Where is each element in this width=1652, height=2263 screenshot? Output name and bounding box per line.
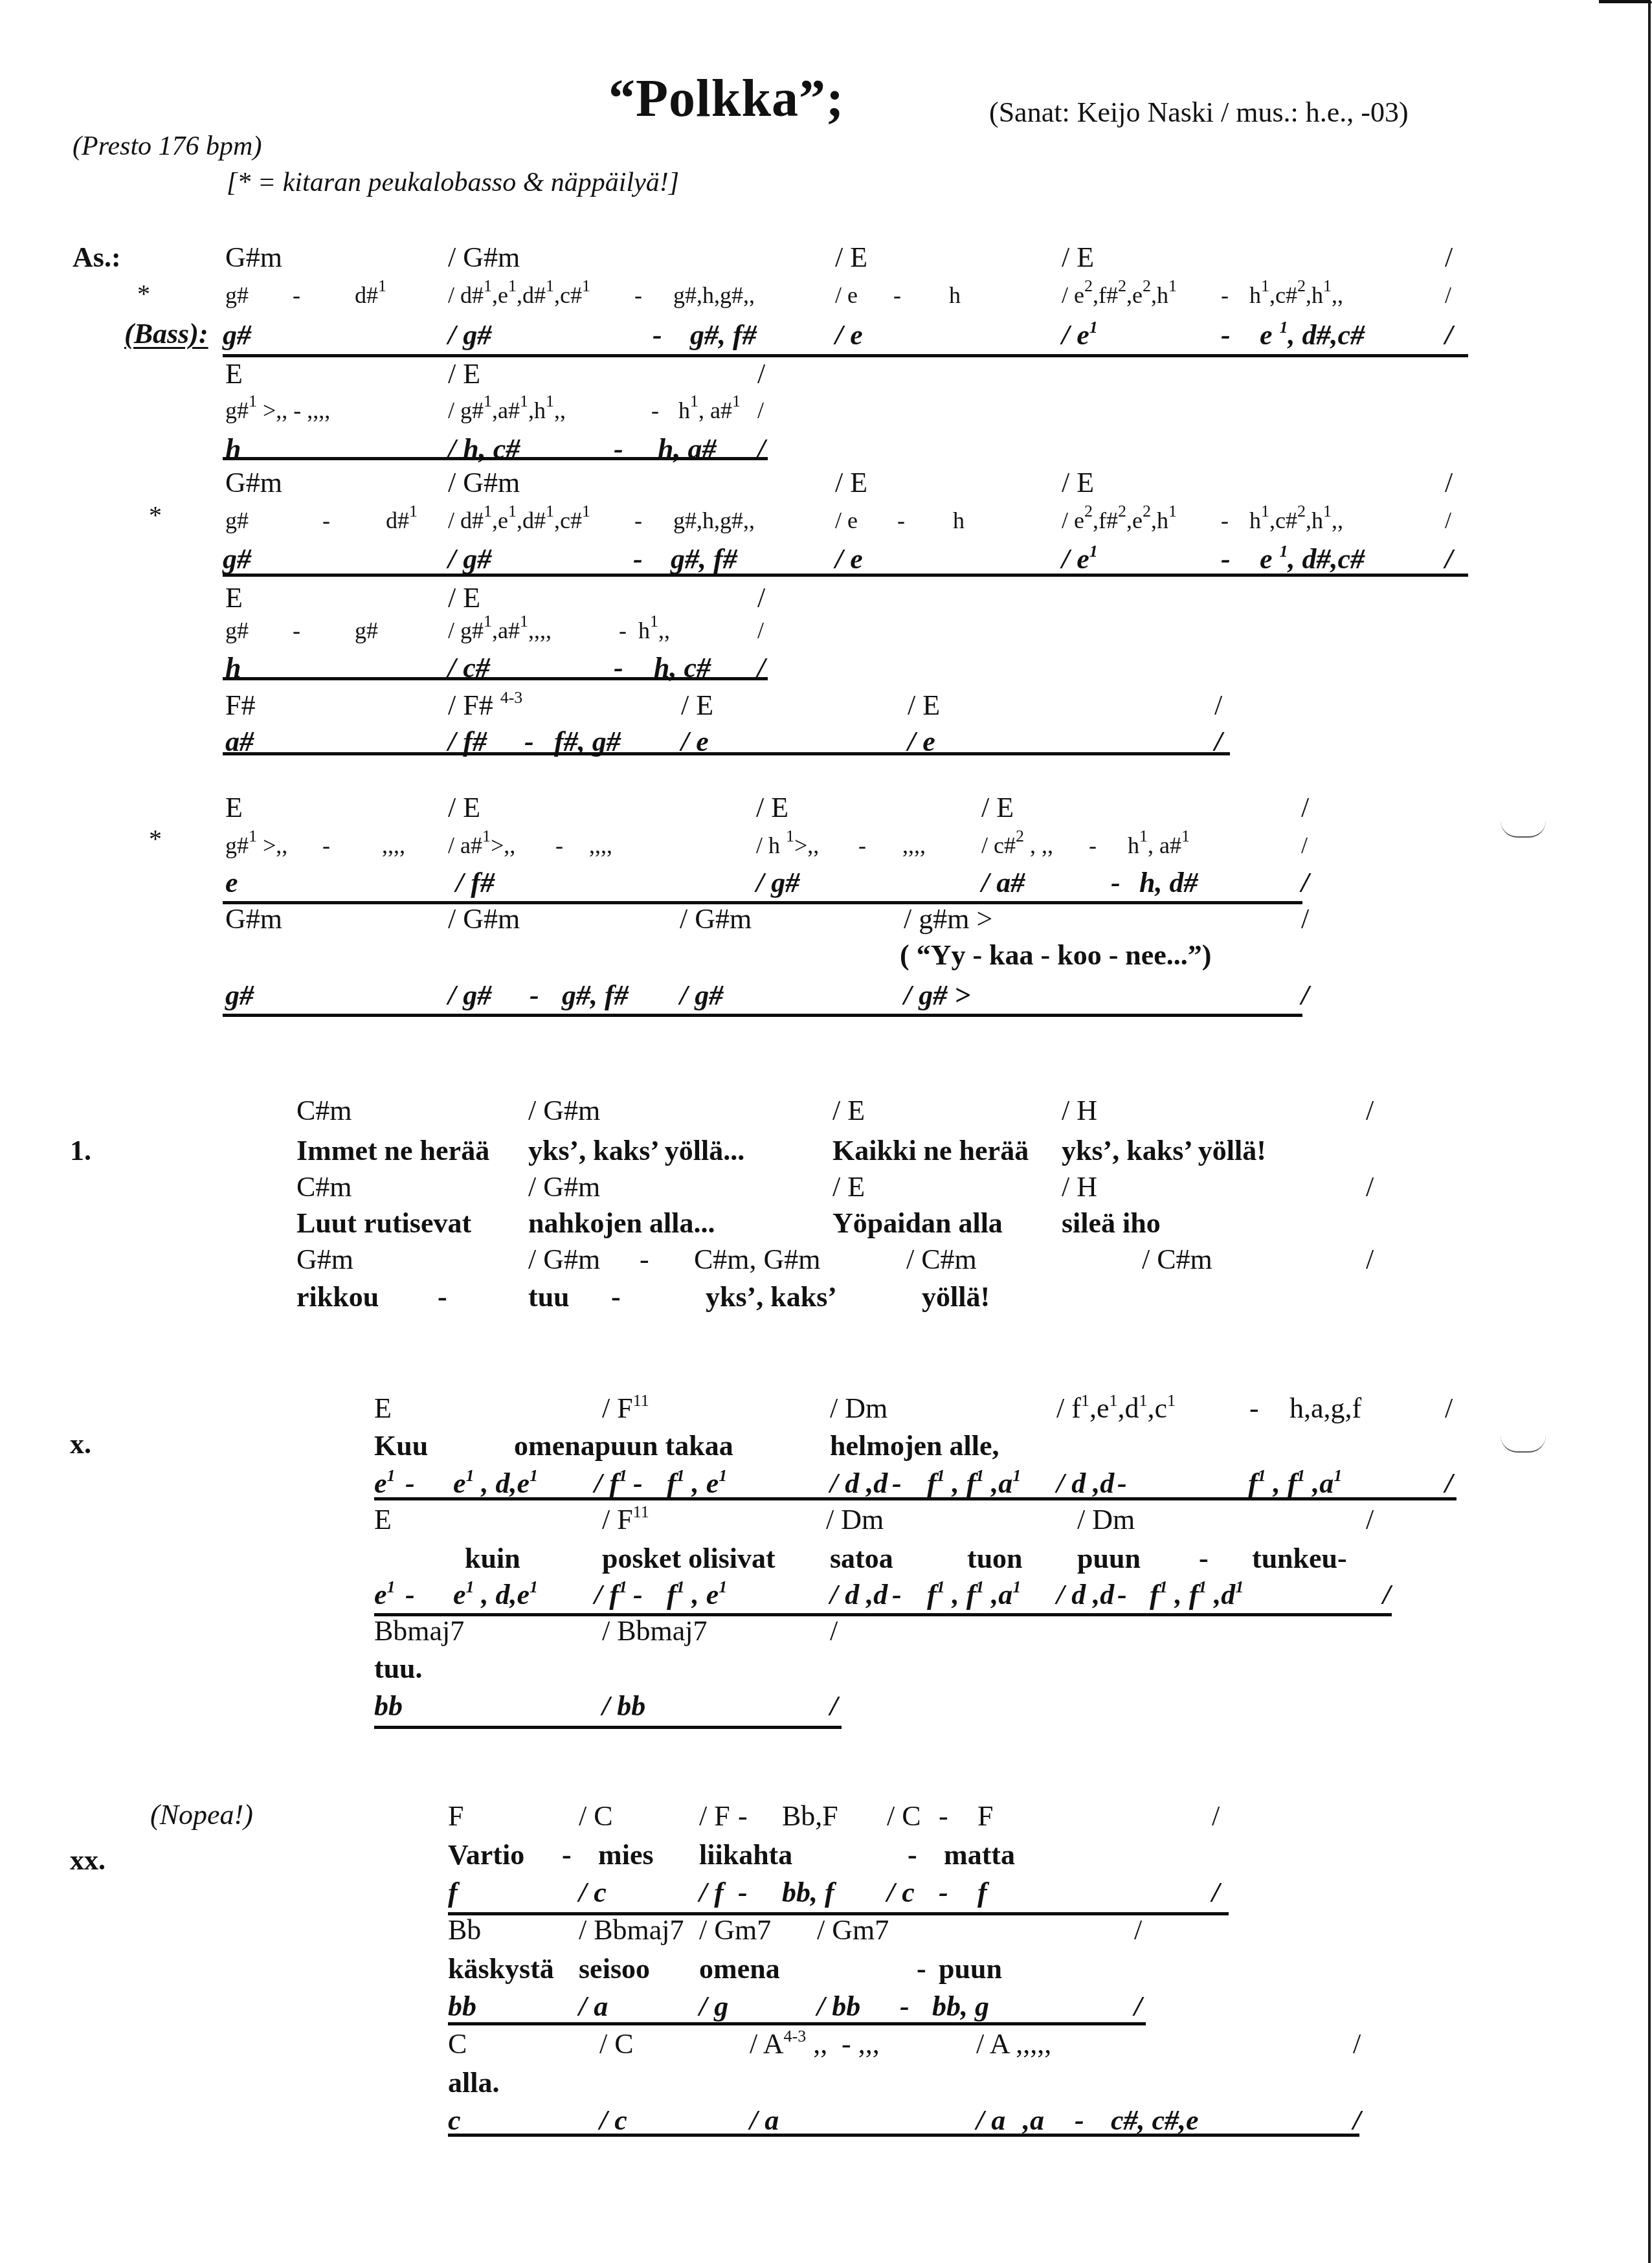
- melody-cell: -: [651, 394, 659, 427]
- bass-cell: / c: [579, 1876, 607, 1910]
- bass-cell: e1 , d,e1: [453, 1578, 538, 1612]
- bass-cell: -: [900, 1990, 910, 2023]
- lyric-cell: Kaikki ne herää: [832, 1134, 1029, 1168]
- chord-cell: /: [1366, 1503, 1374, 1537]
- lyric-cell: posket olisivat: [602, 1542, 776, 1576]
- bass-cell: / d ,d: [1056, 1467, 1114, 1500]
- chord-cell: /: [1445, 1392, 1453, 1425]
- bass-cell: h, d#: [1139, 866, 1198, 900]
- intro2-chord-row: G#m/ G#m/ G#m/ g#m >/: [0, 902, 1652, 941]
- bass-cell: / e: [835, 542, 863, 576]
- lyric-cell: -: [562, 1838, 572, 1872]
- chord-cell: /: [757, 581, 765, 615]
- bass-cell: -: [1221, 318, 1231, 352]
- bass-underline: [374, 1497, 1457, 1500]
- lyric-cell: kuin: [465, 1542, 520, 1576]
- chord-cell: F#: [225, 689, 255, 722]
- melody-cell: / e: [835, 278, 858, 312]
- chord-cell: E: [225, 581, 243, 615]
- intro-chord-row: E/ E/: [0, 357, 1652, 396]
- melody-cell: / d#1,e1,d#1,c#1: [448, 278, 590, 312]
- bridge-bass-row: c/ c/ a/ a,a-c#, c#,e/: [0, 2104, 1652, 2143]
- chord-cell: /: [1214, 689, 1222, 722]
- lyric-cell: yöllä!: [922, 1280, 990, 1314]
- chord-cell: / E: [1062, 466, 1094, 500]
- intro-chord-row: G#m/ G#m/ E/ E/: [0, 466, 1652, 505]
- bass-cell: -: [1221, 542, 1231, 576]
- bass-cell: g#: [223, 318, 251, 352]
- bass-cell: / g#: [680, 979, 723, 1012]
- melody-cell: /: [1445, 278, 1451, 312]
- bass-cell: e1: [374, 1578, 396, 1612]
- chord-cell: / F# 4-3: [448, 689, 522, 722]
- bass-underline: [223, 1014, 1302, 1017]
- bass-cell: /: [1301, 866, 1309, 900]
- melody-cell: -: [1221, 278, 1229, 312]
- intro2-chord-row: E/ E/ E/ E/: [0, 791, 1652, 830]
- chord-cell: / G#m: [448, 466, 520, 500]
- intro2-melody-row: g#1 >,,-,,,,/ a#1>,,-,,,,/ h 1>,,-,,,,/ …: [0, 829, 1652, 867]
- chord-cell: / C: [599, 2027, 634, 2061]
- chord-cell: / E: [832, 1094, 865, 1128]
- chord-cell: /: [1134, 1913, 1142, 1947]
- lyric-cell: tuu: [528, 1280, 570, 1314]
- bass-underline: [374, 1613, 1392, 1616]
- bass-cell: bb: [448, 1990, 476, 2023]
- chord-cell: / E: [832, 1170, 865, 1204]
- lyric-cell: satoa: [830, 1542, 893, 1576]
- chorus-chord-row: E/ F11/ Dm/ f1,e1,d1,c1-h,a,g,f/: [0, 1392, 1652, 1431]
- verse1-chord-row: G#m/ G#m-C#m, G#m/ C#m/ C#m/: [0, 1243, 1652, 1282]
- lyric-cell: Immet ne herää: [296, 1134, 489, 1168]
- bass-cell: / c: [887, 1876, 915, 1910]
- chord-cell: / Bbmaj7: [579, 1913, 684, 1947]
- bass-cell: e 1, d#,c#: [1260, 318, 1365, 352]
- bass-cell: bb: [374, 1689, 403, 1723]
- intro-bass-row: h/ h, c#-h, a#/: [0, 432, 1652, 471]
- chord-cell: G#m: [296, 1243, 353, 1276]
- bass-cell: / d ,d: [1056, 1578, 1114, 1612]
- bass-cell: /: [1445, 318, 1453, 352]
- chord-cell: / Dm: [1077, 1503, 1135, 1537]
- melody-cell: -: [555, 829, 563, 862]
- intro-chord-row: G#m/ G#m/ E/ E/: [0, 241, 1652, 280]
- lyric-cell: käskystä: [448, 1952, 554, 1986]
- bass-underline: [223, 354, 1468, 357]
- chord-cell: E: [225, 791, 243, 825]
- melody-cell: h: [953, 504, 965, 537]
- bass-cell: f1 , f1 ,a1: [927, 1467, 1021, 1500]
- bass-cell: / g#: [448, 542, 491, 576]
- chord-cell: / E: [681, 689, 713, 722]
- chord-cell: /: [1366, 1094, 1374, 1128]
- melody-cell: / a#1>,,: [448, 829, 515, 862]
- chord-cell: E: [374, 1392, 392, 1425]
- chorus-bass-row: bb/ bb/: [0, 1689, 1652, 1728]
- chord-cell: / G#m: [528, 1243, 600, 1276]
- melody-cell: /: [1445, 504, 1451, 537]
- bridge-bass-row: f/ c/ f-bb, f/ c-f/: [0, 1876, 1652, 1915]
- bass-cell: ,a: [1023, 2104, 1044, 2137]
- bass-underline: [374, 1726, 842, 1729]
- intro-bass-row: g#/ g#-g#, f#/ e/ e1-e 1, d#,c#/: [0, 318, 1652, 357]
- bass-underline: [223, 901, 1302, 904]
- lyric-cell: -: [917, 1952, 926, 1986]
- bass-underline: [223, 677, 768, 680]
- bass-cell: / bb: [817, 1990, 860, 2023]
- chord-cell: /: [1366, 1243, 1374, 1276]
- melody-cell: -: [634, 504, 642, 537]
- bass-cell: / f: [699, 1876, 724, 1910]
- bass-cell: f: [977, 1876, 987, 1910]
- chord-cell: /: [1366, 1170, 1374, 1204]
- melody-cell: -: [322, 829, 330, 862]
- melody-cell: d#1: [386, 504, 418, 537]
- bass-underline: [448, 1912, 1229, 1915]
- bass-cell: / g: [699, 1990, 728, 2023]
- bass-cell: / e: [835, 318, 863, 352]
- melody-cell: -: [293, 614, 300, 647]
- song-credits: (Sanat: Keijo Naski / mus.: h.e., -03): [989, 96, 1409, 129]
- song-title: “Polkka”;: [608, 68, 844, 129]
- lyric-cell: alla.: [448, 2066, 499, 2100]
- chord-cell: E: [374, 1503, 392, 1537]
- chord-cell: /: [757, 357, 765, 391]
- lyric-cell: helmojen alle,: [830, 1429, 999, 1463]
- melody-cell: h: [949, 278, 961, 312]
- bass-cell: / f1: [594, 1467, 627, 1500]
- melody-cell: ,,,,: [382, 829, 405, 862]
- bass-cell: f1 , f1 ,a1: [1248, 1467, 1342, 1500]
- bass-cell: -: [1117, 1578, 1127, 1612]
- lyric-cell: tuon: [967, 1542, 1023, 1576]
- bass-cell: g#: [223, 542, 251, 576]
- bass-underline: [448, 2134, 1359, 2137]
- melody-cell: g#: [225, 614, 249, 647]
- chord-cell: h,a,g,f: [1289, 1392, 1361, 1425]
- bass-cell: f: [448, 1876, 458, 1910]
- bass-cell: / g# >: [904, 979, 970, 1012]
- tempo-marking: (Presto 176 bpm): [73, 131, 262, 162]
- lyric-cell: yks’, kaks’: [706, 1280, 837, 1314]
- verse1-chord-row: C#m/ G#m/ E/ H/: [0, 1094, 1652, 1133]
- chord-cell: - ,,,: [842, 2027, 880, 2061]
- chord-cell: C: [448, 2027, 467, 2061]
- chord-cell: / F11: [602, 1392, 649, 1425]
- melody-cell: g#,h,g#,,: [673, 278, 755, 312]
- chord-cell: /: [830, 1614, 838, 1648]
- chord-cell: / E: [835, 241, 867, 274]
- chord-cell: G#m: [225, 241, 282, 274]
- lyric-cell: Luut rutisevat: [296, 1207, 471, 1240]
- chord-cell: / E: [448, 791, 480, 825]
- bass-cell: e1: [374, 1467, 396, 1500]
- bass-cell: e1 , d,e1: [453, 1467, 538, 1500]
- melody-cell: h1,,: [638, 614, 670, 647]
- chord-cell: -: [1249, 1392, 1259, 1425]
- melody-cell: g#: [225, 278, 249, 312]
- chord-cell: / f1,e1,d1,c1: [1056, 1392, 1176, 1425]
- scan-corner: [1599, 0, 1652, 3]
- bass-cell: h, a#: [658, 432, 716, 466]
- chord-cell: / Bbmaj7: [602, 1614, 708, 1648]
- melody-cell: -: [858, 829, 866, 862]
- chorus-chord-row: Bbmaj7/ Bbmaj7/: [0, 1614, 1652, 1653]
- chord-cell: / C#m: [906, 1243, 977, 1276]
- melody-cell: g#1 >,,: [225, 829, 287, 862]
- bass-cell: g#, f#: [562, 979, 629, 1012]
- lyric-cell: puun: [1077, 1542, 1141, 1576]
- lyric-cell: seisoo: [579, 1952, 650, 1986]
- melody-cell: h1, a#1: [1128, 829, 1190, 862]
- lyric-cell: rikkou: [296, 1280, 379, 1314]
- bass-cell: / f1: [594, 1578, 627, 1612]
- lyric-cell: puun: [939, 1952, 1002, 1986]
- lyric-cell: tunkeu-: [1252, 1542, 1347, 1576]
- chord-cell: G#m: [225, 902, 282, 936]
- chord-cell: / Dm: [830, 1392, 887, 1425]
- bass-cell: -: [530, 979, 539, 1012]
- bass-cell: /: [1301, 979, 1309, 1012]
- melody-cell: / c#2 , ,,: [981, 829, 1053, 862]
- melody-cell: g#,h,g#,,: [673, 504, 755, 537]
- chord-cell: /: [1301, 791, 1309, 825]
- bridge-chord-row: Bb/ Bbmaj7/ Gm7/ Gm7/: [0, 1913, 1652, 1952]
- chord-cell: E: [225, 357, 243, 391]
- bass-cell: / e1: [1062, 318, 1098, 352]
- chord-cell: / A4-3 ,,: [750, 2027, 827, 2061]
- chorus-chord-row: E/ F11/ Dm/ Dm/: [0, 1503, 1652, 1542]
- score-sheet: “Polkka”; (Sanat: Keijo Naski / mus.: h.…: [0, 0, 1652, 2263]
- bass-cell: / a: [579, 1990, 608, 2023]
- bass-cell: /: [1353, 2104, 1361, 2137]
- verse1-lyric-row: Luut rutisevatnahkojen alla...Yöpaidan a…: [0, 1207, 1652, 1245]
- chord-cell: / G#m: [448, 241, 520, 274]
- melody-cell: /: [757, 394, 764, 427]
- chord-cell: C#m: [296, 1094, 352, 1128]
- melody-cell: ,,,,: [902, 829, 926, 862]
- bridge-lyric-row: käskystäseisooomena-puun: [0, 1952, 1652, 1991]
- lyric-cell: yks’, kaks’ yöllä...: [528, 1134, 744, 1168]
- chord-cell: /: [1353, 2027, 1361, 2061]
- chord-cell: / F11: [602, 1503, 649, 1537]
- bass-cell: /: [1445, 542, 1453, 576]
- intro-bass-row: h/ c#-h, c#/: [0, 651, 1652, 690]
- intro-melody-row: g#-d#1/ d#1,e1,d#1,c#1-g#,h,g#,,/ e-h/ e…: [0, 278, 1652, 317]
- chord-cell: / E: [448, 357, 480, 391]
- bridge-lyric-row: alla.: [0, 2066, 1652, 2105]
- lyric-cell: mies: [598, 1838, 654, 1872]
- chord-cell: -: [640, 1243, 649, 1276]
- bass-cell: / g#: [448, 318, 491, 352]
- chorus-bass-row: e1-e1 , d,e1/ f1-f1 , e1/ d ,d-f1 , f1 ,…: [0, 1578, 1652, 1617]
- lyric-cell: sileä iho: [1062, 1207, 1161, 1240]
- melody-cell: d#1: [355, 278, 386, 312]
- intro-melody-row: g#-d#1/ d#1,e1,d#1,c#1-g#,h,g#,,/ e-h/ e…: [0, 504, 1652, 542]
- bass-cell: / c: [599, 2104, 627, 2137]
- lyric-cell: -: [611, 1280, 621, 1314]
- bass-cell: f1 , e1: [667, 1578, 727, 1612]
- chord-cell: / Gm7: [699, 1913, 771, 1947]
- lyric-cell: Vartio: [448, 1838, 524, 1872]
- bass-cell: / g#: [756, 866, 799, 900]
- melody-cell: -: [322, 504, 330, 537]
- lyric-cell: Yöpaidan alla: [832, 1207, 1003, 1240]
- bass-cell: c#, c#,e: [1111, 2104, 1199, 2137]
- bridge-chord-row: F/ C/ F-Bb,F/ C-F/: [0, 1800, 1652, 1838]
- lyric-cell: -: [908, 1838, 917, 1872]
- chord-cell: F: [977, 1800, 993, 1833]
- chord-cell: / E: [981, 791, 1014, 825]
- melody-cell: / e: [835, 504, 858, 537]
- chord-cell: / E: [756, 791, 788, 825]
- bass-cell: c: [448, 2104, 461, 2137]
- lyric-cell: omenapuun takaa: [514, 1429, 733, 1463]
- bass-cell: -: [1117, 1467, 1127, 1500]
- bass-cell: g#, f#: [671, 542, 737, 576]
- bass-cell: h: [225, 432, 241, 466]
- lyric-cell: tuu.: [374, 1652, 423, 1686]
- melody-cell: / h 1>,,: [756, 829, 819, 862]
- bass-cell: / g#: [448, 979, 491, 1012]
- chord-cell: F: [448, 1800, 463, 1833]
- bass-cell: -: [1075, 2104, 1084, 2137]
- chord-cell: / g#m >: [904, 902, 992, 936]
- bass-underline: [223, 752, 1230, 755]
- melody-cell: ,,,,: [589, 829, 612, 862]
- melody-cell: / e2,f#2,e2,h1: [1062, 278, 1177, 312]
- chord-cell: -: [738, 1800, 748, 1833]
- chorus-lyric-row: Kuuomenapuun takaahelmojen alle,: [0, 1429, 1652, 1468]
- verse1-chord-row: C#m/ G#m/ E/ H/: [0, 1170, 1652, 1209]
- intro-chord-row: F#/ F# 4-3/ E/ E/: [0, 689, 1652, 728]
- melody-cell: / e2,f#2,e2,h1: [1062, 504, 1177, 537]
- chord-cell: / G#m: [528, 1094, 600, 1128]
- lyric-cell: yks’, kaks’ yöllä!: [1062, 1134, 1266, 1168]
- bridge-chord-row: C/ C/ A4-3 ,,- ,,,/ A ,,,,,/: [0, 2027, 1652, 2066]
- melody-cell: h1,c#2,h1,,: [1249, 504, 1343, 537]
- lyric-cell: liikahta: [699, 1838, 792, 1872]
- bass-cell: -: [633, 542, 643, 576]
- bass-cell: / a#: [981, 866, 1025, 900]
- chord-cell: / H: [1062, 1094, 1097, 1128]
- bass-cell: /: [1134, 1990, 1142, 2023]
- melody-cell: -: [634, 278, 642, 312]
- chord-cell: /: [1445, 466, 1453, 500]
- intro2-lyric-row: ( “Yy - kaa - koo - nee...”): [0, 939, 1652, 977]
- chord-cell: / E: [448, 581, 480, 615]
- lyric-cell: nahkojen alla...: [528, 1207, 715, 1240]
- chord-cell: / C: [579, 1800, 613, 1833]
- chord-cell: / A ,,,,,: [976, 2027, 1051, 2061]
- chord-cell: Bbmaj7: [374, 1614, 464, 1648]
- verse1-lyric-row: Immet ne herääyks’, kaks’ yöllä...Kaikki…: [0, 1134, 1652, 1173]
- melody-cell: -: [1221, 504, 1229, 537]
- chord-cell: Bb: [448, 1913, 481, 1947]
- chord-cell: / G#m: [528, 1170, 600, 1204]
- bass-cell: -: [633, 1467, 643, 1500]
- melody-cell: / g#1,a#1,h1,,: [448, 394, 566, 427]
- chord-cell: C#m, G#m: [694, 1243, 821, 1276]
- bass-underline: [223, 574, 1468, 577]
- lyric-cell: -: [1199, 1542, 1209, 1576]
- bass-cell: e 1, d#,c#: [1260, 542, 1365, 576]
- melody-cell: h1, a#1: [678, 394, 741, 427]
- melody-cell: / g#1,a#1,,,,: [448, 614, 552, 647]
- chord-cell: /: [1301, 902, 1309, 936]
- chord-cell: C#m: [296, 1170, 352, 1204]
- intro2-bass-row: e/ f#/ g#/ a#-h, d#/: [0, 866, 1652, 905]
- bass-cell: -: [1111, 866, 1121, 900]
- bass-cell: / a: [976, 2104, 1005, 2137]
- melody-cell: /: [1301, 829, 1308, 862]
- bass-cell: -: [633, 1578, 643, 1612]
- bass-cell: /: [757, 432, 765, 466]
- chord-cell: /: [1212, 1800, 1220, 1833]
- bass-cell: bb, f: [782, 1876, 834, 1910]
- intro-bass-row: a#/ f#-f#, g#/ e/ e/: [0, 725, 1652, 764]
- chord-cell: / Dm: [826, 1503, 884, 1537]
- melody-cell: g#1 >,, - ,,,,: [225, 394, 330, 427]
- bass-cell: -: [892, 1467, 902, 1500]
- melody-cell: -: [893, 278, 901, 312]
- bridge-lyric-row: Vartio-miesliikahta-matta: [0, 1838, 1652, 1877]
- melody-cell: /: [757, 614, 764, 647]
- bass-cell: -: [892, 1578, 902, 1612]
- bass-cell: f1 , f1 ,d1: [1150, 1578, 1244, 1612]
- bass-cell: -: [614, 432, 623, 466]
- intro-melody-row: g#-g#/ g#1,a#1,,,,-h1,,/: [0, 614, 1652, 652]
- lyric-cell: matta: [944, 1838, 1015, 1872]
- bass-cell: /: [1445, 1467, 1453, 1500]
- chord-cell: / G#m: [448, 902, 520, 936]
- bass-cell: f1 , f1 ,a1: [927, 1578, 1021, 1612]
- bass-cell: g#: [225, 979, 254, 1012]
- bass-cell: e: [225, 866, 238, 900]
- bass-underline: [223, 457, 768, 460]
- bass-cell: / f#: [456, 866, 495, 900]
- melody-cell: -: [1089, 829, 1097, 862]
- chord-cell: Bb,F: [782, 1800, 838, 1833]
- chord-cell: / Gm7: [817, 1913, 889, 1947]
- bass-cell: / e1: [1062, 542, 1098, 576]
- melody-cell: -: [293, 278, 300, 312]
- chord-cell: / E: [908, 689, 940, 722]
- chord-cell: / C: [887, 1800, 921, 1833]
- bass-cell: / d ,d: [830, 1578, 887, 1612]
- bass-cell: /: [1383, 1578, 1390, 1612]
- lyric-cell: Kuu: [374, 1429, 428, 1463]
- chord-cell: / C#m: [1142, 1243, 1212, 1276]
- chorus-lyric-row: tuu.: [0, 1652, 1652, 1691]
- verse1-lyric-row: rikkou-tuu-yks’, kaks’yöllä!: [0, 1280, 1652, 1319]
- intro2-bass-row: g#/ g#-g#, f#/ g#/ g# >/: [0, 979, 1652, 1018]
- chord-cell: -: [939, 1800, 948, 1833]
- chord-cell: G#m: [225, 466, 282, 500]
- chord-cell: / E: [835, 466, 867, 500]
- melody-cell: h1,c#2,h1,,: [1249, 278, 1343, 312]
- bass-cell: /: [1212, 1876, 1220, 1910]
- legend-note: [* = kitaran peukalobasso & näppäilyä!]: [227, 167, 679, 198]
- bass-cell: / bb: [602, 1689, 645, 1723]
- bass-cell: / a: [750, 2104, 779, 2137]
- chord-cell: / G#m: [680, 902, 752, 936]
- bass-underline: [448, 2022, 1146, 2025]
- melody-cell: / d#1,e1,d#1,c#1: [448, 504, 590, 537]
- chorus-lyric-row: kuinposket olisivatsatoatuonpuun-tunkeu-: [0, 1542, 1652, 1581]
- bass-cell: f1 , e1: [667, 1467, 727, 1500]
- bass-cell: -: [653, 318, 662, 352]
